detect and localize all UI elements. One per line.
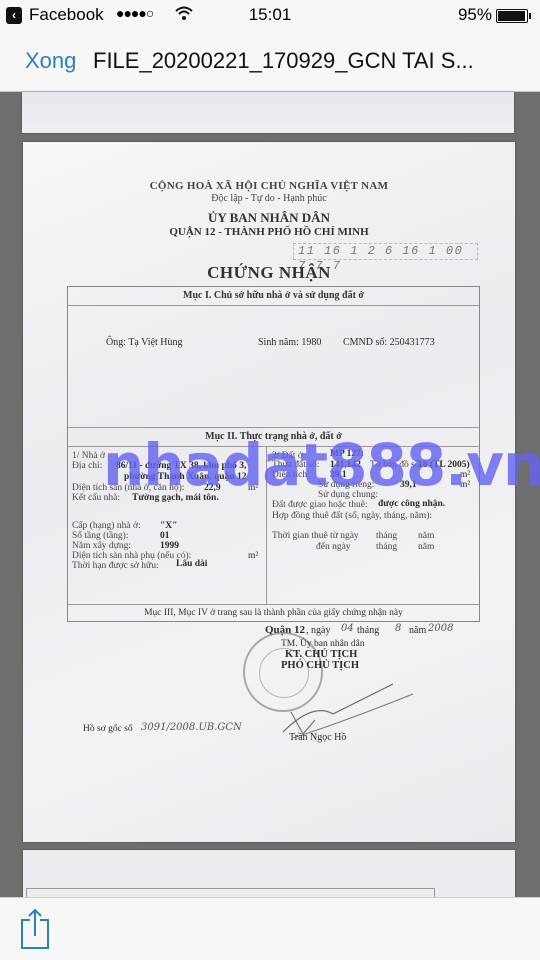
structure: Tường gạch, mái tôn. — [132, 493, 219, 503]
sign-month-prefix: tháng — [357, 625, 379, 636]
lease-from-month: tháng — [376, 531, 397, 541]
land-area-label: Diện tích: — [272, 470, 310, 480]
allocation: được công nhận. — [378, 499, 445, 509]
lease-contract-label: Hợp đồng thuê đất (số, ngày, tháng, năm)… — [272, 511, 432, 521]
ownership-term-label: Thời hạn được sở hữu: — [72, 561, 159, 571]
share-icon[interactable] — [20, 908, 56, 950]
map-code: MP 127: — [330, 449, 364, 459]
current-page: CỘNG HOÀ XÃ HỘI CHỦ NGHĨA VIỆT NAM Độc l… — [23, 142, 515, 842]
previous-page — [22, 92, 514, 133]
sign-date-prefix: , ngày — [306, 625, 330, 636]
grade-label: Cấp (hạng) nhà ở: — [72, 521, 141, 531]
bottom-toolbar — [0, 897, 540, 960]
signer-name: Trần Ngọc Hồ — [289, 732, 346, 743]
sign-year: 2008 — [428, 623, 453, 634]
serial-number: 11 16 1 2 6 16 1 00 7 7 7 — [293, 243, 478, 260]
lease-to-label: đến ngày — [316, 542, 351, 552]
lease-to-month: tháng — [376, 542, 397, 552]
on-behalf: TM. Ủy ban nhân dân — [281, 639, 365, 649]
file-title: FILE_20200221_170929_GCN TAI S... — [93, 48, 474, 74]
ownership-term: Lâu dài — [176, 559, 207, 569]
district: QUẬN 12 - THÀNH PHỐ HỒ CHÍ MINH — [23, 226, 515, 238]
address-label: Địa chỉ: — [72, 461, 102, 471]
certificate-title: CHỨNG NHẬN — [23, 263, 515, 283]
authority: ỦY BAN NHÂN DÂN — [23, 210, 515, 226]
section1-body: Ông: Tạ Việt Hùng Sinh năm: 1980 CMND số… — [68, 306, 479, 428]
lease-from-year: năm — [418, 531, 434, 541]
land-area-unit: m² — [460, 470, 470, 480]
sign-day: 04 — [341, 623, 354, 634]
battery-percent: 95% — [458, 5, 492, 25]
address-line2: phường Thạnh Xuân, quận 12 — [124, 472, 246, 482]
aux-area-unit: m² — [248, 551, 258, 561]
footer-note: Mục III, Mục IV ở trang sau là thành phầ… — [68, 605, 479, 622]
lease-to-year: năm — [418, 542, 434, 552]
section2-heading: Mục II. Thực trạng nhà ở, đất ở — [68, 428, 479, 447]
sign-month: 8 — [395, 623, 401, 634]
certificate-table: Mục I. Chủ sở hữu nhà ở và sử dụng đất ở… — [67, 286, 480, 622]
kt-chairman: KT. CHỦ TỊCH — [285, 649, 357, 660]
parcel-number: 141,142 — [330, 460, 361, 470]
structure-label: Kết cấu nhà: — [72, 493, 120, 503]
vice-chairman: PHÓ CHỦ TỊCH — [281, 660, 359, 671]
republic-header: CỘNG HOÀ XÃ HỘI CHỦ NGHĨA VIỆT NAM — [23, 180, 515, 192]
done-button[interactable]: Xong — [25, 48, 76, 74]
floor-area-unit: m² — [248, 483, 258, 493]
sign-year-prefix: năm — [409, 625, 426, 636]
status-bar: ‹ Facebook ●●●●○ 15:01 95% — [0, 0, 540, 32]
private-use-unit: m² — [460, 480, 470, 490]
motto: Độc lập - Tự do - Hạnh phúc — [23, 193, 515, 204]
battery-icon — [496, 9, 528, 23]
birth-year: Sinh năm: 1980 — [258, 337, 321, 348]
parcel-label: Thửa đất số: — [272, 460, 319, 470]
private-use-label: Sử dụng riêng: — [318, 480, 374, 490]
floor-area: 22,9 — [204, 483, 221, 493]
shared-use-label: Sử dụng chung: — [318, 490, 378, 500]
floors-label: Số tầng (tầng): — [72, 531, 128, 541]
allocation-label: Đất được giao hoặc thuê: — [272, 500, 368, 510]
year-built: 1999 — [160, 541, 179, 551]
grade: "X" — [160, 521, 177, 531]
id-number: CMND số: 250431773 — [343, 337, 435, 348]
private-use: 39,1 — [400, 480, 417, 490]
map-sheet: 18 (TL 2005) — [418, 460, 470, 470]
section1-heading: Mục I. Chủ sở hữu nhà ở và sử dụng đất ở — [68, 287, 479, 306]
navigation-bar: Xong FILE_20200221_170929_GCN TAI S... — [0, 32, 540, 92]
address-line1: 86/11 - đường TX 38, khu phố 3, — [116, 461, 246, 471]
floor-area-label: Diện tích sàn (nhà ở, căn hộ): — [72, 483, 184, 493]
lease-from-label: Thời gian thuê từ ngày — [272, 531, 359, 541]
year-built-label: Năm xây dựng: — [72, 541, 131, 551]
floors: 01 — [160, 531, 170, 541]
column-divider — [266, 447, 267, 604]
aux-area-label: Diện tích sàn nhà phụ (nếu có): — [72, 551, 191, 561]
file-ref-label: Hồ sơ gốc số — [83, 724, 133, 734]
map-sheet-label: Tờ bản đồ số: — [370, 460, 422, 470]
land-area: 39,1 — [330, 470, 347, 480]
file-ref: 3091/2008.UB.GCN — [141, 722, 242, 733]
section2-body: 1/ Nhà ở Địa chỉ: 86/11 - đường TX 38, k… — [68, 447, 479, 605]
house-label: 1/ Nhà ở — [72, 451, 105, 461]
owner-name: Ông: Tạ Việt Hùng — [106, 337, 183, 348]
